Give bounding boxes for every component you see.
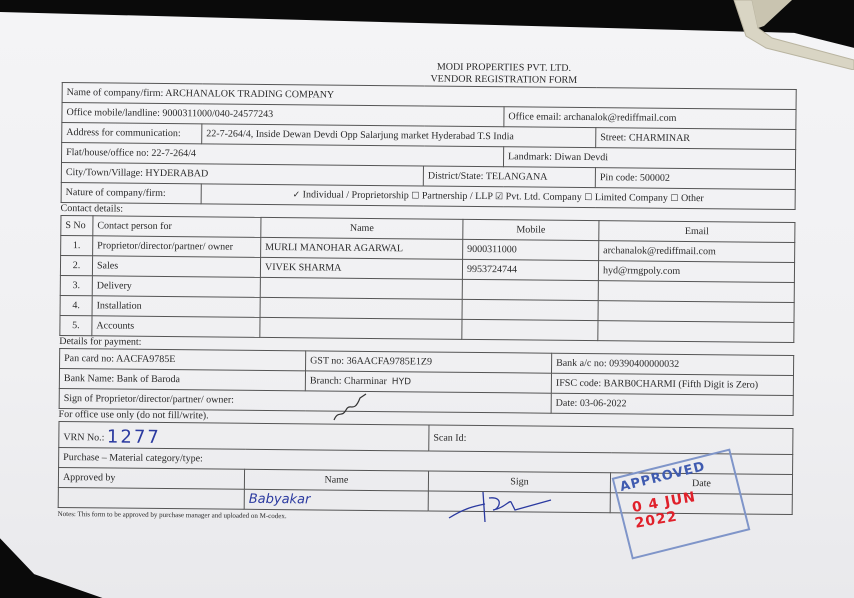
street-field: Street: CHARMINAR <box>596 128 796 150</box>
pan-field: Pan card no: AACFA9785E <box>60 348 306 370</box>
checkbox-icon[interactable]: ☐ <box>584 193 592 203</box>
branch-handwritten: HYD <box>392 377 411 387</box>
scan-id-field: Scan Id: <box>429 425 793 454</box>
vrn-handwritten: 1277 <box>107 426 161 448</box>
office-email-field: Office email: archanalok@rediffmail.com <box>504 107 796 130</box>
nature-label: Nature of company/firm: <box>61 182 201 203</box>
checkbox-checked-icon[interactable]: ☑ <box>495 192 503 202</box>
vendor-registration-form: MODI PROPERTIES PVT. LTD. VENDOR REGISTR… <box>58 58 796 527</box>
gst-field: GST no: 36AACFA9785E1Z9 <box>306 351 552 373</box>
payment-table: Pan card no: AACFA9785E GST no: 36AACFA9… <box>59 348 795 416</box>
date-field: Date: 03-06-2022 <box>551 393 793 415</box>
bank-name-field: Bank Name: Bank of Baroda <box>59 368 305 390</box>
account-field: Bank a/c no: 09390400000032 <box>551 353 793 375</box>
approver-name-header: Name <box>244 469 428 491</box>
vrn-field: VRN No.: 1277 <box>59 421 429 451</box>
state-field: District/State: TELANGANA <box>423 166 595 188</box>
pin-field: Pin code: 500002 <box>595 168 795 190</box>
col-header-mobile: Mobile <box>463 219 599 240</box>
col-header-email: Email <box>599 221 795 243</box>
col-header-role: Contact person for <box>93 216 261 238</box>
ifsc-field: IFSC code: BARB0CHARMI (Fifth Digit is Z… <box>551 373 793 395</box>
col-header-sno: S No <box>61 215 93 235</box>
checkmark-icon[interactable]: ✓ <box>293 190 301 200</box>
stamp-date: 0 4 JUN 2022 <box>631 482 743 532</box>
col-header-name: Name <box>261 217 463 239</box>
vendor-details-table: Name of company/firm: ARCHANALOK TRADING… <box>61 82 797 210</box>
paper-clip-holder <box>732 0 854 70</box>
address-label: Address for communication: <box>62 123 202 144</box>
branch-field: Branch: Charminar HYD <box>305 371 551 393</box>
landmark-field: Landmark: Diwan Devdi <box>503 147 795 170</box>
checkbox-icon[interactable]: ☐ <box>411 191 419 201</box>
owner-signature <box>330 392 370 424</box>
approver-name-handwritten: Babyakar <box>244 489 428 511</box>
company-name-value: ARCHANALOK TRADING COMPANY <box>165 88 334 101</box>
contacts-table: S No Contact person for Name Mobile Emai… <box>59 215 795 343</box>
approved-by-label: Approved by <box>58 467 244 489</box>
checkbox-icon[interactable]: ☐ <box>670 194 678 204</box>
approver-signature <box>445 488 555 524</box>
